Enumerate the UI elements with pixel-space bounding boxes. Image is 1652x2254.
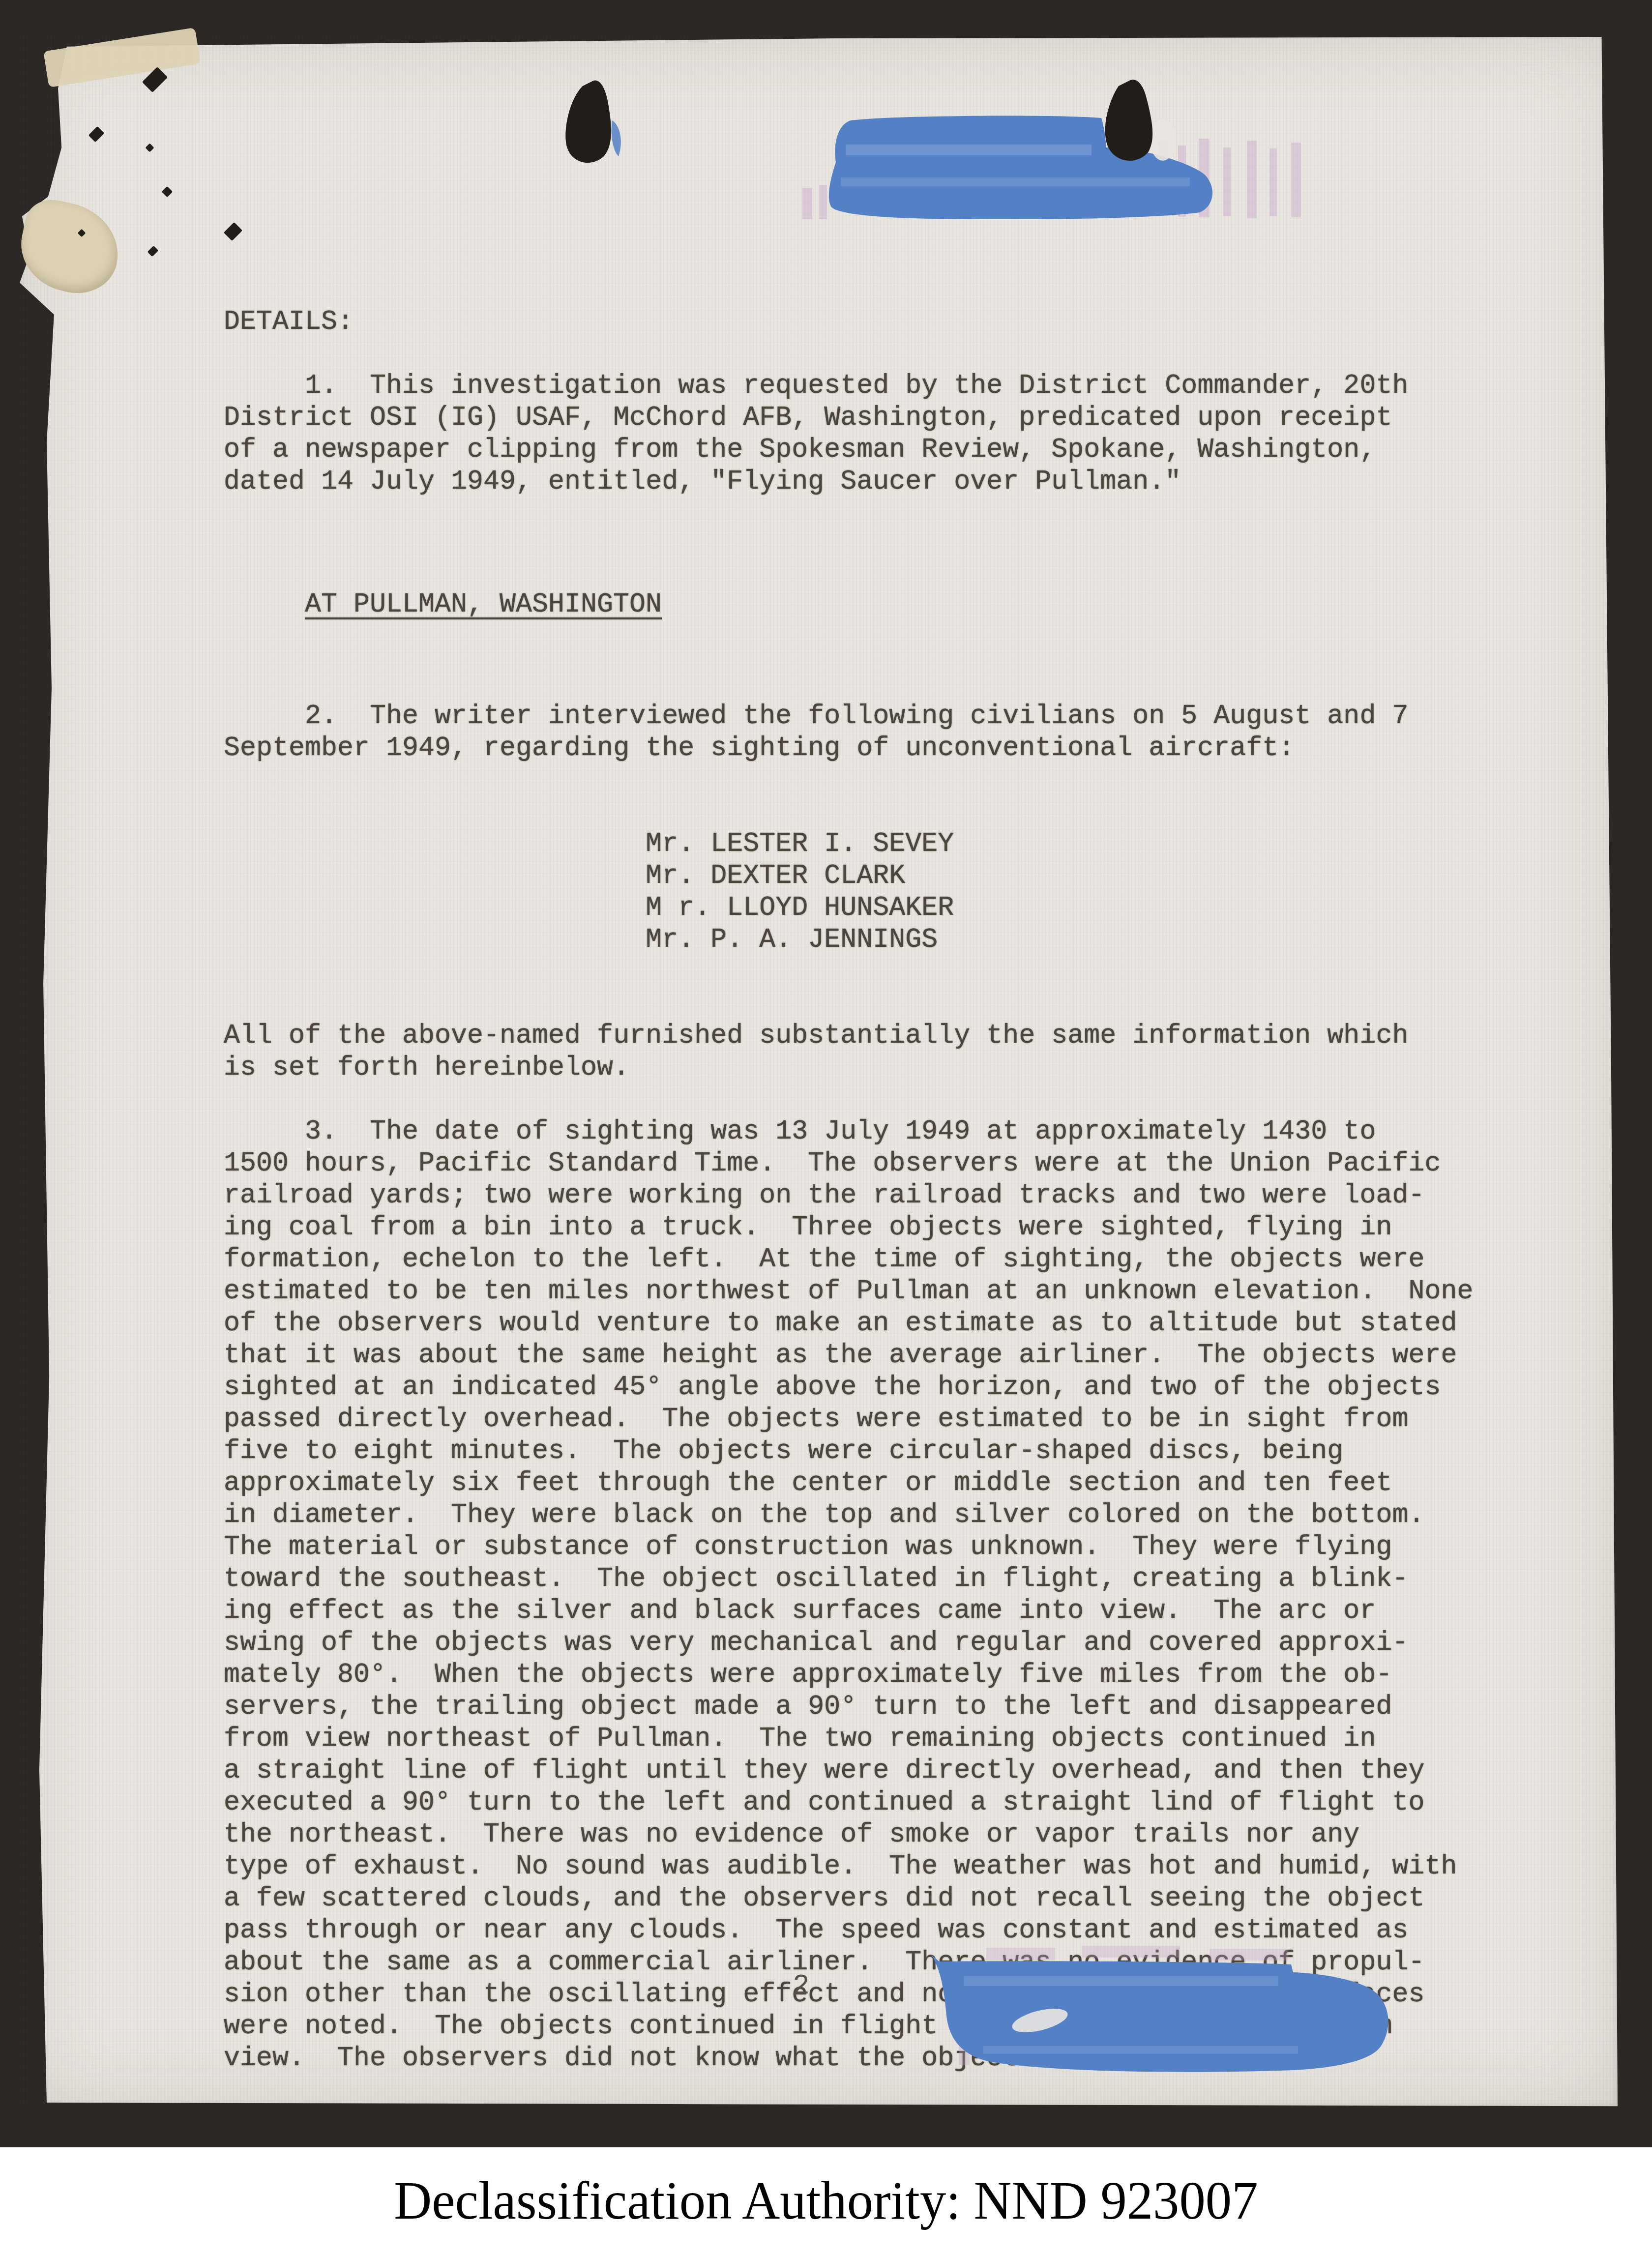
scanned-document-page: DETAILS: 1. This investigation was reque… [0, 0, 1652, 2254]
typewritten-text: DETAILS: 1. This investigation was reque… [224, 242, 1512, 2138]
declassification-footer: Declassification Authority: NND 923007 [0, 2147, 1652, 2254]
page-number: 2 [793, 1970, 810, 2002]
section-heading-underline: AT PULLMAN, WASHINGTON [305, 589, 662, 620]
section-heading: AT PULLMAN, WASHINGTON [224, 588, 1512, 620]
declassification-authority-text: Declassification Authority: NND 923007 [394, 2169, 1258, 2232]
paragraph-3: All of the above-named furnished substan… [224, 1020, 1512, 2074]
paragraph-2: 2. The writer interviewed the following … [224, 700, 1512, 764]
witness-name-list: Mr. LESTER I. SEVEY Mr. DEXTER CLARK M r… [224, 828, 1512, 956]
details-and-paragraph-1: DETAILS: 1. This investigation was reque… [224, 306, 1512, 498]
